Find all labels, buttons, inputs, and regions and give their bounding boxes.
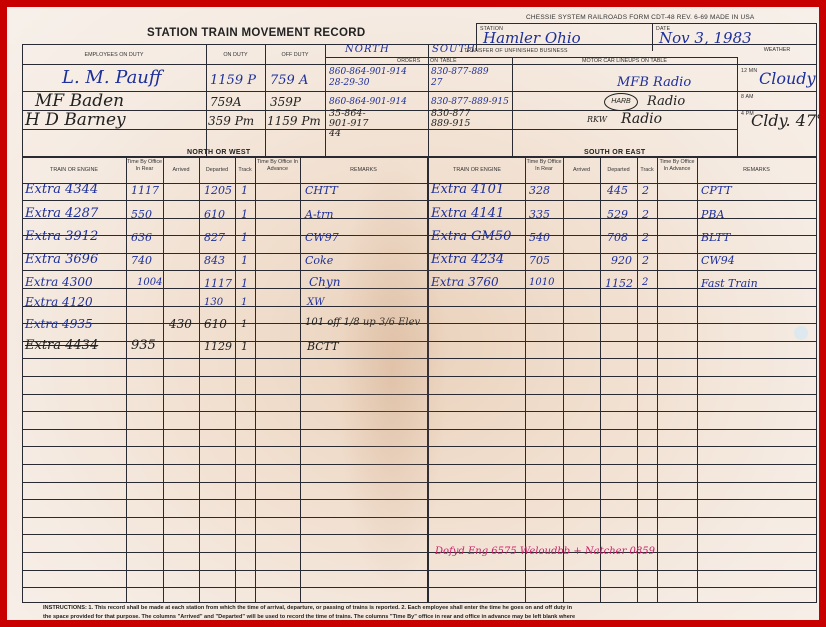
row-rule bbox=[22, 446, 817, 447]
se-track: 2 bbox=[642, 184, 649, 197]
weather-value: Cldy. 47° bbox=[751, 111, 819, 130]
nw-remarks: Coke bbox=[305, 254, 333, 267]
row-rule bbox=[22, 288, 817, 289]
employee-name: L. M. Pauff bbox=[62, 67, 162, 88]
nw-train: Extra 4300 bbox=[25, 275, 93, 289]
weather-time-label: 8 AM bbox=[741, 94, 754, 100]
se-rear: 1010 bbox=[529, 277, 554, 288]
nw-rear: 740 bbox=[131, 254, 152, 267]
se-rear: 328 bbox=[529, 184, 550, 197]
nw-track: 1 bbox=[241, 254, 248, 267]
row-rule bbox=[22, 552, 817, 553]
on-duty-time: 359 Pm bbox=[208, 114, 254, 128]
row-rule bbox=[22, 429, 817, 430]
transfer-header: TRANSFER OF UNFINISHED BUSINESS bbox=[464, 48, 568, 54]
nw-track: 1 bbox=[241, 184, 248, 197]
nw-remarks: A-trn bbox=[305, 208, 333, 221]
north-orders: 35-864- 901-917 44 bbox=[329, 109, 368, 139]
nw-remarks: Chyn bbox=[309, 275, 340, 289]
north-orders: 860-864-901-914 bbox=[329, 97, 407, 107]
form-title: STATION TRAIN MOVEMENT RECORD bbox=[147, 27, 365, 39]
se-remarks: CW94 bbox=[701, 254, 735, 267]
instructions-line-1: INSTRUCTIONS: 1. This record shall be ma… bbox=[43, 604, 813, 613]
nw-header-train: TRAIN OR ENGINE bbox=[22, 167, 126, 174]
off-duty-time: 359P bbox=[270, 95, 301, 109]
row-rule bbox=[22, 570, 817, 571]
instructions: INSTRUCTIONS: 1. This record shall be ma… bbox=[43, 604, 813, 620]
employees-header: EMPLOYEES ON DUTY bbox=[22, 52, 206, 59]
row-rule bbox=[22, 411, 817, 412]
se-departed: 920 bbox=[611, 254, 632, 267]
nw-rear: 550 bbox=[131, 208, 152, 221]
employee-name: H D Barney bbox=[25, 110, 126, 130]
motor-car-lineup: Radio bbox=[647, 94, 685, 109]
se-rear: 540 bbox=[529, 231, 550, 244]
se-header-train: TRAIN OR ENGINE bbox=[429, 167, 525, 174]
off-duty-time: 759 A bbox=[270, 73, 308, 88]
nw-rear: 636 bbox=[131, 231, 152, 244]
row-rule bbox=[22, 499, 817, 500]
se-train: Extra 4101 bbox=[431, 182, 504, 197]
motor-car-lineup: MFB Radio bbox=[617, 75, 691, 90]
se-rear: 335 bbox=[529, 208, 550, 221]
nw-train: Extra 4434 bbox=[25, 338, 98, 353]
south-orders: 830-877-889 27 bbox=[431, 67, 489, 89]
row-rule bbox=[22, 200, 817, 201]
nw-track: 1 bbox=[241, 231, 248, 244]
se-remarks: Fast Train bbox=[701, 277, 758, 290]
on-duty-time: 1159 P bbox=[210, 73, 256, 88]
south-orders: 830-877-889-915 bbox=[431, 97, 509, 107]
se-departed: 708 bbox=[607, 231, 628, 244]
nw-departed: 1129 bbox=[204, 340, 232, 353]
se-header-departed: Departed bbox=[600, 167, 637, 174]
se-train: Extra 3760 bbox=[431, 275, 499, 289]
se-remarks: CPTT bbox=[701, 184, 732, 197]
nw-remarks: CW97 bbox=[305, 231, 339, 244]
nw-train: Extra 3696 bbox=[25, 252, 98, 267]
train-movement-form: STATION TRAIN MOVEMENT RECORD CHESSIE SY… bbox=[7, 7, 819, 620]
se-header-rear: Time By Office In Rear bbox=[525, 159, 563, 172]
se-remarks: PBA bbox=[701, 208, 724, 221]
row-rule bbox=[22, 464, 817, 465]
form-number: CHESSIE SYSTEM RAILROADS FORM CDT-48 REV… bbox=[526, 14, 754, 21]
nw-header-departed: Departed bbox=[199, 167, 235, 174]
off-duty-header: OFF DUTY bbox=[265, 52, 325, 59]
se-train: Extra GM50 bbox=[431, 229, 511, 244]
se-track: 2 bbox=[642, 231, 649, 244]
nw-track: 1 bbox=[241, 340, 248, 353]
nw-train: Extra 4120 bbox=[25, 295, 93, 309]
se-track: 2 bbox=[642, 277, 648, 288]
se-departed: 445 bbox=[607, 184, 628, 197]
nw-rear: 1117 bbox=[131, 184, 159, 197]
row-rule bbox=[22, 482, 817, 483]
motor-car-lineup: Radio bbox=[621, 111, 662, 127]
weather-time-label: 12 MN bbox=[741, 68, 757, 74]
row-rule bbox=[22, 587, 817, 588]
operator-stamp: HARB bbox=[604, 93, 638, 111]
nw-header-arrived: Arrived bbox=[163, 167, 199, 174]
nw-header-advance: Time By Office In Advance bbox=[255, 159, 300, 172]
nw-departed: 843 bbox=[204, 254, 225, 267]
red-handwritten-note: Dofyd Eng 6575 Weloudbb + Natcher 0859 bbox=[435, 546, 655, 557]
nw-header-rear: Time By Office In Rear bbox=[126, 159, 163, 172]
punch-hole bbox=[794, 326, 808, 340]
nw-departed: 610 bbox=[204, 208, 225, 221]
north-or-west-title: NORTH OR WEST bbox=[187, 149, 250, 156]
nw-train: Extra 3912 bbox=[25, 229, 98, 244]
on-duty-header: ON DUTY bbox=[206, 52, 265, 59]
south-or-east-title: SOUTH OR EAST bbox=[584, 149, 645, 156]
se-header-arrived: Arrived bbox=[563, 167, 600, 174]
row-rule bbox=[22, 517, 817, 518]
nw-header-track: Track bbox=[235, 167, 255, 174]
nw-train: Extra 4287 bbox=[25, 206, 98, 221]
instructions-line-2: the space provided for that purpose. The… bbox=[43, 613, 813, 621]
nw-train: Extra 4935 bbox=[25, 317, 93, 331]
se-train: Extra 4234 bbox=[431, 252, 504, 267]
nw-departed: 610 bbox=[204, 317, 227, 331]
north-orders-header: NORTH bbox=[345, 44, 390, 55]
nw-header-remarks: REMARKS bbox=[300, 167, 427, 174]
nw-remarks: 101 off 1/8 up 3/6 Elev bbox=[305, 317, 420, 328]
nw-remarks: BCTT bbox=[307, 340, 339, 353]
on-table-label: ON TABLE bbox=[430, 58, 457, 64]
row-rule bbox=[22, 376, 817, 377]
se-header-track: Track bbox=[637, 167, 657, 174]
nw-track: 1 bbox=[241, 319, 247, 330]
nw-rear: 935 bbox=[131, 338, 156, 353]
weather-value: Cloudy bbox=[759, 69, 816, 88]
se-remarks: BLTT bbox=[701, 231, 730, 244]
row-rule bbox=[22, 358, 817, 359]
se-header-advance: Time By Office In Advance bbox=[657, 159, 697, 172]
se-departed: 1152 bbox=[605, 277, 633, 290]
se-header-remarks: REMARKS bbox=[697, 167, 816, 174]
row-rule bbox=[22, 270, 817, 271]
off-duty-time: 1159 Pm bbox=[267, 114, 321, 128]
nw-train: Extra 4344 bbox=[25, 182, 98, 197]
nw-remarks: XW bbox=[307, 297, 324, 308]
row-rule bbox=[22, 394, 817, 395]
north-orders: 860-864-901-914 28-29-30 bbox=[329, 67, 407, 89]
nw-track: 1 bbox=[241, 297, 247, 308]
nw-departed: 827 bbox=[204, 231, 225, 244]
row-rule bbox=[22, 534, 817, 535]
se-track: 2 bbox=[642, 208, 649, 221]
nw-track: 1 bbox=[241, 208, 248, 221]
nw-rear: 1004 bbox=[137, 277, 162, 288]
se-rear: 705 bbox=[529, 254, 550, 267]
se-departed: 529 bbox=[607, 208, 628, 221]
on-duty-time: 759A bbox=[210, 95, 242, 109]
se-track: 2 bbox=[642, 254, 649, 267]
nw-arrived: 430 bbox=[169, 317, 192, 331]
nw-track: 1 bbox=[241, 277, 248, 290]
motor-car-initials: RKW bbox=[587, 115, 607, 124]
orders-label: ORDERS bbox=[397, 58, 420, 64]
south-orders: 830-877 889-915 bbox=[431, 109, 470, 129]
row-rule bbox=[22, 306, 817, 307]
nw-departed: 1117 bbox=[204, 277, 232, 290]
nw-departed: 130 bbox=[204, 297, 223, 308]
employee-name: MF Baden bbox=[35, 91, 124, 111]
motor-car-header: MOTOR CAR LINEUPS ON TABLE bbox=[512, 58, 737, 65]
se-train: Extra 4141 bbox=[431, 206, 504, 221]
nw-remarks: CHTT bbox=[305, 184, 338, 197]
nw-departed: 1205 bbox=[204, 184, 232, 197]
weather-header: WEATHER bbox=[737, 47, 817, 54]
